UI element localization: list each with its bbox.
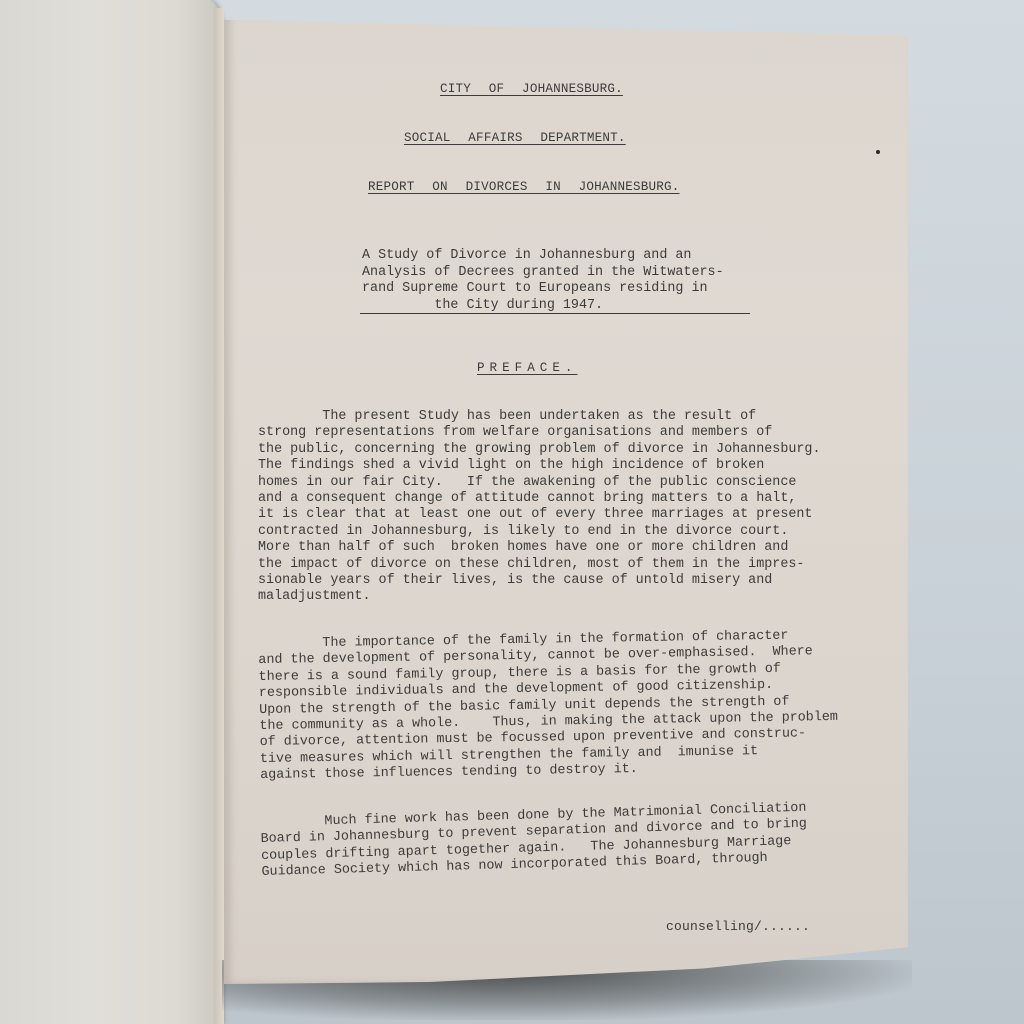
left-page-edge <box>214 8 224 1024</box>
heading-city: CITY OF JOHANNESBURG. <box>440 82 623 96</box>
paragraph-line: and a consequent change of attitude cann… <box>258 491 898 507</box>
paragraph-line: it is clear that at least one out of eve… <box>258 507 898 523</box>
paragraph-line: More than half of such broken homes have… <box>258 540 898 556</box>
catchword: counselling/...... <box>666 919 810 934</box>
heading-report-title: REPORT ON DIVORCES IN JOHANNESBURG. <box>368 180 680 194</box>
subtitle-underline <box>360 313 750 314</box>
section-title-preface: PREFACE. <box>477 361 577 375</box>
paragraph-line: sionable years of their lives, is the ca… <box>258 573 898 589</box>
paragraph-line: homes in our fair City. If the awakening… <box>258 475 898 491</box>
report-subtitle: A Study of Divorce in Johannesburg and a… <box>362 248 752 314</box>
page-mark-dot <box>876 150 880 154</box>
paragraph-line: contracted in Johannesburg, is likely to… <box>258 524 898 540</box>
paragraph-line: maladjustment. <box>258 589 898 605</box>
paragraph-line: the public, concerning the growing probl… <box>258 442 898 458</box>
heading-department: SOCIAL AFFAIRS DEPARTMENT. <box>404 131 626 145</box>
paragraph-line: The present Study has been undertaken as… <box>258 409 898 425</box>
subtitle-line: the City during 1947. <box>362 298 752 315</box>
subtitle-line: A Study of Divorce in Johannesburg and a… <box>362 248 752 265</box>
paragraph-1: The present Study has been undertaken as… <box>258 409 898 606</box>
left-page <box>0 0 222 1024</box>
subtitle-line: rand Supreme Court to Europeans residing… <box>362 281 752 298</box>
subtitle-line: Analysis of Decrees granted in the Witwa… <box>362 265 752 282</box>
paragraph-2: The importance of the family in the form… <box>258 627 900 785</box>
paragraph-line: The findings shed a vivid light on the h… <box>258 458 898 474</box>
paragraph-line: the impact of divorce on these children,… <box>258 557 898 573</box>
paragraph-line: strong representations from welfare orga… <box>258 425 898 441</box>
